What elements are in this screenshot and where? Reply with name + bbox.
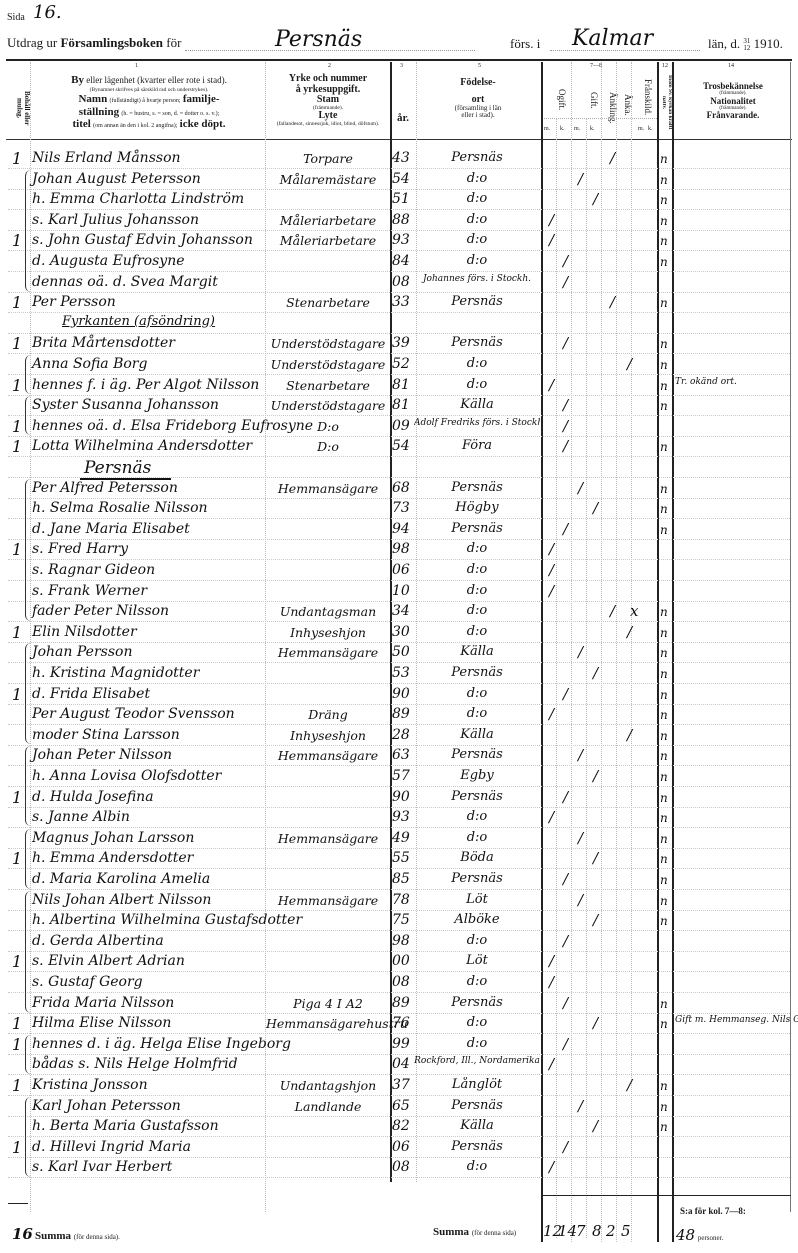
birthplace: Löt xyxy=(414,892,540,907)
church-membership: n xyxy=(660,1120,668,1134)
birthplace: d:o xyxy=(414,686,540,701)
table-row: 1Brita MårtensdotterUnderstödstagare39Pe… xyxy=(0,334,798,354)
table-row: 1Nils Erland MånssonTorpare43Persnäs/n xyxy=(0,149,798,169)
person-name: d. Gerda Albertina xyxy=(32,933,164,949)
person-name: Nils Johan Albert Nilsson xyxy=(32,892,211,908)
yrke-label: Yrke och nummer xyxy=(266,74,390,85)
birth-year: 78 xyxy=(392,892,414,908)
civil-status-mark: / xyxy=(578,1097,583,1115)
household-brace xyxy=(25,170,31,292)
birth-year: 08 xyxy=(392,274,414,290)
birthplace: Persnäs xyxy=(414,747,540,762)
household-brace xyxy=(25,829,31,889)
household-count: 1 xyxy=(8,334,26,353)
date-label: län, d. 3112 1910. xyxy=(708,36,783,52)
franskild-m: m. xyxy=(638,126,644,132)
person-name: Johan Peter Nilsson xyxy=(32,747,172,763)
person-name: Hilma Elise Nilsson xyxy=(32,1015,171,1031)
table-row: d. Jane Maria Elisabet94Persnäs/n xyxy=(0,520,798,540)
footer-left-divider xyxy=(8,1203,28,1204)
birth-year: 82 xyxy=(392,1118,414,1134)
occupation: Målaremästare xyxy=(266,172,390,187)
birth-year: 49 xyxy=(392,830,414,846)
birth-year: 30 xyxy=(392,624,414,640)
remark: Gift m. Hemmanseg. Nils Gottfrid Nilsson… xyxy=(675,1016,798,1025)
person-name: hennes d. i äg. Helga Elise Ingeborg xyxy=(32,1036,291,1052)
civil-status-mark: / xyxy=(549,561,554,579)
table-row: d. Maria Karolina Amelia85Persnäs/n xyxy=(0,870,798,890)
table-row: h. Anna Lovisa Olofsdotter57Egby/n xyxy=(0,767,798,787)
household-brace xyxy=(25,746,31,826)
birth-year: 51 xyxy=(392,191,414,207)
civil-status-mark: / xyxy=(549,540,554,558)
civil-status-mark: / xyxy=(549,231,554,249)
year-label: 1910. xyxy=(754,36,783,51)
table-row: Magnus Johan LarssonHemmansägare49d:o/n xyxy=(0,829,798,849)
person-name: s. Karl Ivar Herbert xyxy=(32,1159,172,1175)
table-row: 1d. Hillevi Ingrid Maria06Persnäs/ xyxy=(0,1138,798,1158)
birthplace: Högby xyxy=(414,500,540,515)
table-row: h. Berta Maria Gustafsson82Källa/n xyxy=(0,1117,798,1137)
church-membership: n xyxy=(660,193,668,207)
civil-status-mark: / xyxy=(549,808,554,826)
header-bottom-border xyxy=(6,139,792,140)
birth-year: 54 xyxy=(392,171,414,187)
persons-total: 48 xyxy=(676,1226,695,1244)
church-membership: n xyxy=(660,440,668,454)
civil-status-mark: / xyxy=(563,1138,568,1156)
table-row: dennas oä. d. Svea Margit08Johannes förs… xyxy=(0,273,798,293)
birthplace: Persnäs xyxy=(414,665,540,680)
church-membership: n xyxy=(660,482,668,496)
birth-year: 88 xyxy=(392,212,414,228)
table-row: Johan PerssonHemmansägare50Källa/n xyxy=(0,643,798,663)
table-row: s. Frank Werner10d:o/ xyxy=(0,582,798,602)
household-count: 1 xyxy=(8,1035,26,1054)
stam-label: Stam xyxy=(266,95,390,106)
birthplace: d:o xyxy=(414,562,540,577)
col-number-5: 5 xyxy=(478,63,481,69)
civil-status-mark: / xyxy=(610,149,615,167)
birth-year: 81 xyxy=(392,397,414,413)
trosbekannelse-label: Trosbekännelse xyxy=(674,82,792,91)
stallning-label: ställning xyxy=(79,106,119,118)
person-name: Anna Sofia Borg xyxy=(32,356,147,372)
table-row: Karl Johan PeterssonLandlande65Persnäs/n xyxy=(0,1097,798,1117)
franvarande-label: Frånvarande. xyxy=(674,111,792,120)
namn-desc: (fullständigt) å hvarje person; xyxy=(109,98,180,104)
civil-status-mark: / xyxy=(627,623,632,641)
person-name: h. Anna Lovisa Olofsdotter xyxy=(32,768,221,784)
birth-year: 37 xyxy=(392,1077,414,1093)
table-row: s. Karl Julius JohanssonMåleriarbetare88… xyxy=(0,211,798,231)
birth-year: 52 xyxy=(392,356,414,372)
birth-year: 90 xyxy=(392,686,414,702)
name-column-header: By eller lägenhet (kvarter eller rote i … xyxy=(32,74,266,131)
person-name: Per Alfred Petersson xyxy=(32,480,178,496)
church-membership: n xyxy=(660,688,668,702)
church-membership: n xyxy=(660,873,668,887)
occupation: Torpare xyxy=(266,151,390,166)
column-total: 7 xyxy=(576,1222,586,1240)
civil-status-mark: / xyxy=(549,376,554,394)
document-title: Utdrag ur Församlingsboken för xyxy=(7,35,181,51)
occupation: Hemmansägare xyxy=(266,645,390,660)
birth-year: 89 xyxy=(392,995,414,1011)
church-membership: n xyxy=(660,626,668,640)
occupation: Hemmansägare xyxy=(266,831,390,846)
birthplace: Alböke xyxy=(414,912,540,927)
table-row: 1hennes f. i äg. Per Algot NilssonStenar… xyxy=(0,376,798,396)
church-membership: n xyxy=(660,173,668,187)
person-name: dennas oä. d. Svea Margit xyxy=(32,274,218,290)
table-row: 1h. Emma Andersdotter55Böda/n xyxy=(0,849,798,869)
table-row: 1s. Elvin Albert Adrian00Löt/ xyxy=(0,952,798,972)
anka-header: Änka. xyxy=(618,85,632,125)
icke-dopt-label: icke döpt. xyxy=(180,118,226,130)
table-row: h. Kristina Magnidotter53Persnäs/n xyxy=(0,664,798,684)
birth-year: 33 xyxy=(392,294,414,310)
birthplace: Adolf Fredriks förs. i Stockh. xyxy=(414,418,540,428)
civil-status-mark: / xyxy=(578,891,583,909)
birthplace: Långlöt xyxy=(414,1077,540,1092)
occupation: Inhyseshjon xyxy=(266,625,390,640)
household-count: 1 xyxy=(8,849,26,868)
civil-status-mark: / xyxy=(627,726,632,744)
table-row: 1Lotta Wilhelmina AndersdotterD:o54Föra/… xyxy=(0,437,798,457)
civil-status-mark: / xyxy=(563,870,568,888)
person-name: Lotta Wilhelmina Andersdotter xyxy=(32,438,252,454)
civil-status-mark: / xyxy=(627,355,632,373)
church-membership: n xyxy=(660,646,668,660)
birthplace: d:o xyxy=(414,232,540,247)
table-row: s. Karl Ivar Herbert08d:o/ xyxy=(0,1158,798,1178)
church-membership: n xyxy=(660,667,668,681)
section-title: Persnäs xyxy=(80,458,171,480)
birth-year: 76 xyxy=(392,1015,414,1031)
church-membership: n xyxy=(660,296,668,310)
birthplace: Löt xyxy=(414,953,540,968)
civil-status-mark: / xyxy=(563,396,568,414)
household-count: 1 xyxy=(8,293,26,312)
civil-status-mark: / xyxy=(563,932,568,950)
birth-year: 98 xyxy=(392,933,414,949)
titel-label: titel xyxy=(73,118,91,130)
birth-year: 06 xyxy=(392,1139,414,1155)
col-number-14: 14 xyxy=(728,63,734,69)
stallning-desc: (h. = hustru, s. = son, d. = dotter o. s… xyxy=(121,111,219,117)
household-count: 1 xyxy=(8,1014,26,1033)
birth-year: 84 xyxy=(392,253,414,269)
table-row: 1s. Fred Harry98d:o/ xyxy=(0,540,798,560)
person-name: Johan August Petersson xyxy=(32,171,201,187)
birth-year: 90 xyxy=(392,789,414,805)
table-row: 1hennes oä. d. Elsa Frideborg EufrosyneD… xyxy=(0,417,798,437)
household-brace xyxy=(25,1097,31,1177)
birthplace: Persnäs xyxy=(414,995,540,1010)
household-count: 1 xyxy=(8,1076,26,1095)
table-top-border xyxy=(6,59,792,61)
person-name: Magnus Johan Larsson xyxy=(32,830,194,846)
birthplace: d:o xyxy=(414,706,540,721)
table-row: Johan Peter NilssonHemmansägare63Persnäs… xyxy=(0,746,798,766)
date-fraction: 3112 xyxy=(743,38,750,52)
occupation: Understödstagare xyxy=(266,398,390,413)
birthplace: Persnäs xyxy=(414,294,540,309)
person-name: s. Karl Julius Johansson xyxy=(32,212,199,228)
household-brace xyxy=(25,479,31,621)
table-row: 1d. Hulda Josefina90Persnäs/n xyxy=(0,788,798,808)
person-name: Frida Maria Nilsson xyxy=(32,995,174,1011)
gift-k: k. xyxy=(590,126,595,132)
village-heading: Persnäs xyxy=(0,458,798,478)
civil-status-mark: / xyxy=(549,582,554,600)
fors-label: förs. i xyxy=(510,36,540,52)
occupation: Undantagshjon xyxy=(266,1078,390,1093)
civil-status-mark: / xyxy=(563,520,568,538)
mk-subheader-line xyxy=(541,118,657,119)
summa-right: Summa (för denna sida) xyxy=(433,1226,516,1238)
faith-column-header: Trosbekännelse (främmande). Nationalitet… xyxy=(674,82,792,121)
sta-label: S:a för kol. 7—8: xyxy=(680,1206,746,1216)
birthplace: d:o xyxy=(414,809,540,824)
by-desc: eller lägenhet (kvarter eller rote i sta… xyxy=(86,75,227,85)
table-row: s. Janne Albin93d:o/n xyxy=(0,808,798,828)
birthplace: Källa xyxy=(414,1118,540,1133)
table-row: 1Per PerssonStenarbetare33Persnäs/n xyxy=(0,293,798,313)
birthplace: Källa xyxy=(414,397,540,412)
summa-left-note: (för denna sida). xyxy=(74,1233,120,1241)
occupation: Inhyseshjon xyxy=(266,728,390,743)
summa-left: Summa (för denna sida). xyxy=(35,1230,120,1242)
civil-status-mark: / xyxy=(549,1158,554,1176)
civil-status-mark: / xyxy=(578,643,583,661)
person-name: d. Hillevi Ingrid Maria xyxy=(32,1139,191,1155)
birthplace: d:o xyxy=(414,356,540,371)
birthplace: Persnäs xyxy=(414,871,540,886)
household-count: 1 xyxy=(8,623,26,642)
church-membership: n xyxy=(660,234,668,248)
birth-year: 73 xyxy=(392,500,414,516)
church-membership: n xyxy=(660,214,668,228)
persons-total-line: 48 personer. xyxy=(676,1226,723,1244)
household-count: 1 xyxy=(8,231,26,250)
birthplace: d:o xyxy=(414,830,540,845)
church-membership: n xyxy=(660,729,668,743)
table-row: moder Stina LarssonInhyseshjon28Källa/n xyxy=(0,726,798,746)
household-brace xyxy=(25,643,31,744)
lan-label: län, d. xyxy=(708,36,740,51)
section-title: Fyrkanten (afsöndring) xyxy=(62,314,215,329)
birth-year: 53 xyxy=(392,665,414,681)
birth-year: 85 xyxy=(392,871,414,887)
persons-label: personer. xyxy=(698,1234,723,1242)
occupation: Måleriarbetare xyxy=(266,233,390,248)
household-total: 16 xyxy=(12,1225,33,1243)
county-name: Kalmar xyxy=(572,26,653,51)
civil-status-mark: / xyxy=(549,973,554,991)
civil-status-mark: / xyxy=(563,1035,568,1053)
civil-status-mark: / xyxy=(610,293,615,311)
table-row: Per August Teodor SvenssonDräng89d:o/n xyxy=(0,705,798,725)
birthplace: d:o xyxy=(414,583,540,598)
table-row: 1Elin NilsdotterInhyseshjon30d:o/n xyxy=(0,623,798,643)
namn-label: Namn xyxy=(78,93,107,105)
birthplace: Källa xyxy=(414,644,540,659)
birthplace: Persnäs xyxy=(414,789,540,804)
nationalitet-label: Nationalitet xyxy=(674,97,792,106)
table-row: 1d. Frida Elisabet90d:o/n xyxy=(0,685,798,705)
parish-name: Persnäs xyxy=(275,27,362,52)
birth-year: 63 xyxy=(392,747,414,763)
church-membership: n xyxy=(660,358,668,372)
birth-year: 65 xyxy=(392,1098,414,1114)
church-membership: n xyxy=(660,379,668,393)
civil-status-mark: / xyxy=(563,437,568,455)
household-brace xyxy=(25,1035,31,1074)
page-number: 16. xyxy=(33,2,62,23)
church-membership: n xyxy=(660,1079,668,1093)
title-for: för xyxy=(166,35,181,50)
household-count: 1 xyxy=(8,417,26,436)
occupation: Understödstagare xyxy=(266,336,390,351)
birth-year: 57 xyxy=(392,768,414,784)
household-count: 1 xyxy=(8,149,26,168)
occupation: Undantagsman xyxy=(266,604,390,619)
birthplace: d:o xyxy=(414,1159,540,1174)
col-number-12: 12 xyxy=(662,63,668,69)
person-name: h. Kristina Magnidotter xyxy=(32,665,199,681)
lyte-note: (fallandesot, sinnessjuk, idiot, blind, … xyxy=(266,122,390,128)
birth-year: 08 xyxy=(392,1159,414,1175)
birthplace: d:o xyxy=(414,253,540,268)
person-name: h. Berta Maria Gustafsson xyxy=(32,1118,219,1134)
table-row: s. Gustaf Georg08d:o/ xyxy=(0,973,798,993)
person-name: s. Janne Albin xyxy=(32,809,130,825)
table-row: 1Hilma Elise NilssonHemmansägarehustru76… xyxy=(0,1014,798,1034)
person-name: Nils Erland Månsson xyxy=(32,150,181,166)
birthplace: Persnäs xyxy=(414,521,540,536)
village-heading: Fyrkanten (afsöndring) xyxy=(0,314,798,334)
church-membership: n xyxy=(660,1017,668,1031)
person-name: s. Elvin Albert Adrian xyxy=(32,953,185,969)
church-header: Inom Sv. kyrkan kraftl nattv. xyxy=(660,70,672,135)
birth-year: 81 xyxy=(392,377,414,393)
person-name: fader Peter Nilsson xyxy=(32,603,169,619)
civil-status-mark: / xyxy=(578,479,583,497)
household-count: 1 xyxy=(8,1138,26,1157)
table-row: 1hennes d. i äg. Helga Elise Ingeborg99d… xyxy=(0,1035,798,1055)
birthplace: d:o xyxy=(414,377,540,392)
column-total: 2 xyxy=(606,1222,616,1240)
column-total: 5 xyxy=(621,1222,631,1240)
church-membership: n xyxy=(660,255,668,269)
birthplace: Rockford, Ill., Nordamerika xyxy=(414,1056,540,1066)
birthplace: d:o xyxy=(414,1036,540,1051)
birthplace: d:o xyxy=(414,933,540,948)
civil-status-mark: / xyxy=(593,1117,598,1135)
occupation-column-header: Yrke och nummer å yrkesuppgift. Stam (fr… xyxy=(266,74,390,128)
person-name: Kristina Jonsson xyxy=(32,1077,148,1093)
occupation: Stenarbetare xyxy=(266,295,390,310)
person-name: d. Frida Elisabet xyxy=(32,686,150,702)
birth-year: 93 xyxy=(392,232,414,248)
birthplace: Johannes förs. i Stockh. xyxy=(414,274,540,284)
birthplace: Persnäs xyxy=(414,480,540,495)
table-row: s. Ragnar Gideon06d:o/ xyxy=(0,561,798,581)
church-membership: n xyxy=(660,708,668,722)
occupation: Landlande xyxy=(266,1099,390,1114)
civil-status-mark: / xyxy=(578,170,583,188)
birthplace: d:o xyxy=(414,974,540,989)
civil-status-mark: / xyxy=(593,190,598,208)
birth-year: 93 xyxy=(392,809,414,825)
church-membership: n xyxy=(660,852,668,866)
birthplace: d:o xyxy=(414,624,540,639)
person-name: d. Augusta Eufrosyne xyxy=(32,253,185,269)
church-membership: n xyxy=(660,399,668,413)
civil-status-mark: / xyxy=(563,685,568,703)
occupation: Hemmansägare xyxy=(266,481,390,496)
civil-status-mark: / xyxy=(563,417,568,435)
birth-year: 98 xyxy=(392,541,414,557)
table-row: 1s. John Gustaf Edvin JohanssonMåleriarb… xyxy=(0,231,798,251)
person-name: h. Emma Andersdotter xyxy=(32,850,193,866)
birth-year: 34 xyxy=(392,603,414,619)
person-name: Karl Johan Petersson xyxy=(32,1098,181,1114)
birthplace: Persnäs xyxy=(414,150,540,165)
titel-desc: (om annan än den i kol. 2 angifna); xyxy=(93,123,177,129)
occupation: Dräng xyxy=(266,707,390,722)
date-fraction-bottom: 12 xyxy=(743,44,750,52)
household-count: 1 xyxy=(8,952,26,971)
civil-status-mark: / xyxy=(578,746,583,764)
occupation: Understödstagare xyxy=(266,357,390,372)
church-membership: n xyxy=(660,894,668,908)
birth-year: 09 xyxy=(392,418,414,434)
civil-status-mark: / xyxy=(563,273,568,291)
table-row: 1Kristina JonssonUndantagshjon37Långlöt/… xyxy=(0,1076,798,1096)
birth-year: 89 xyxy=(392,706,414,722)
church-membership: n xyxy=(660,770,668,784)
birth-year: 28 xyxy=(392,727,414,743)
person-name: hennes f. i äg. Per Algot Nilsson xyxy=(32,377,259,393)
birth-year: 04 xyxy=(392,1056,414,1072)
birth-year: 06 xyxy=(392,562,414,578)
household-brace xyxy=(25,396,31,435)
household-count: 1 xyxy=(8,788,26,807)
table-row: d. Augusta Eufrosyne84d:o/n xyxy=(0,252,798,272)
civil-status-mark: / xyxy=(549,952,554,970)
footer-divider xyxy=(541,1195,791,1196)
person-name: d. Hulda Josefina xyxy=(32,789,154,805)
table-row: h. Emma Charlotta Lindström51d:o/n xyxy=(0,190,798,210)
civil-status-mark: / xyxy=(593,499,598,517)
birth-year: 99 xyxy=(392,1036,414,1052)
birth-year: 39 xyxy=(392,335,414,351)
civil-status-mark: / xyxy=(549,211,554,229)
church-membership: n xyxy=(660,791,668,805)
household-brace xyxy=(25,355,31,394)
civil-status-mark: / xyxy=(563,334,568,352)
table-row: Frida Maria NilssonPiga 4 I A289Persnäs/… xyxy=(0,994,798,1014)
occupation: Piga 4 I A2 xyxy=(266,996,390,1011)
table-row: Johan August PeterssonMålaremästare54d:o… xyxy=(0,170,798,190)
franskild-k: k. xyxy=(648,126,653,132)
birthplace: Persnäs xyxy=(414,1139,540,1154)
birthplace: d:o xyxy=(414,1015,540,1030)
person-name: h. Albertina Wilhelmina Gustafsdotter xyxy=(32,912,302,928)
